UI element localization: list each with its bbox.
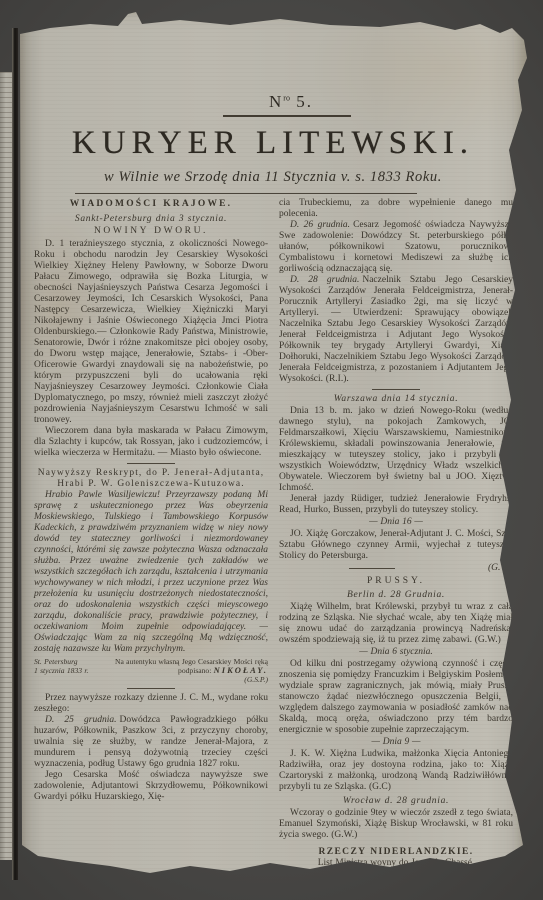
day-heading: — Dnia 9 — [279,737,513,748]
news-paragraph: D. 26 grudnia.Cesarz Jegomość oświadcza … [279,220,513,275]
divider-rule [349,568,395,569]
rescript-body: Hrabio Pawle Wasiljewiczu! Przeyrzawszy … [34,490,268,655]
source-credit: (G.W.) [488,563,513,574]
news-paragraph: JO. Xiążę Gorczakow, Jenerał-Adjutant J.… [279,529,513,562]
issue-rule [223,115,351,117]
signature-name: NIKOŁAY. [214,665,268,675]
issue-value: 5. [296,92,313,111]
left-column: WIADOMOŚCI KRAJOWE. Sankt-Petersburg dni… [34,198,268,900]
newspaper-page: Nro 5. KURYER LITEWSKI. w Wilnie we Srzo… [17,8,529,890]
news-paragraph: J. K. W. Xiężna Ludwika, małżonka Xięcia… [279,749,513,793]
divider-rule [127,463,175,464]
continued-paragraph: cia Trubeckiemu, za dobre wypełnienie da… [279,198,513,220]
dateline: Sankt-Petersburg dnia 3 stycznia. [34,214,268,225]
signature-place-date: St. Petersburg 1 stycznia 1833 r. [34,657,112,684]
signature-block: St. Petersburg 1 stycznia 1833 r. Na aut… [34,657,268,684]
news-paragraph: Wieczorem dana była maskarada w Pałacu Z… [34,426,268,459]
page-title: KURYER LITEWSKI. [17,125,529,162]
header-rule [75,193,417,194]
section-heading: RZECZY NIDERLANDZKIE. [279,847,513,858]
scan-background: Nro 5. KURYER LITEWSKI. w Wilnie we Srzo… [0,0,543,900]
signature-place: St. Petersburg [34,657,112,666]
masthead: Nro 5. KURYER LITEWSKI. w Wilnie we Srzo… [17,8,529,194]
columns: WIADOMOŚCI KRAJOWE. Sankt-Petersburg dni… [17,197,529,900]
issue-prefix: N [269,92,283,111]
right-column: cia Trubeckiemu, za dobre wypełnienie da… [279,198,513,900]
divider-rule [127,688,175,689]
divider-rule [372,389,420,390]
rescript-heading: Naywyższy Reskrypt, do P. Jenerał-Adjuta… [34,468,268,490]
dateline: Warszawa dnia 14 stycznia. [279,394,513,405]
day-heading: — Dnia 6 stycznia. [279,647,513,658]
signature-seal: (G.S.P.) [112,675,268,684]
news-paragraph: Od kilku dni postrzegamy ożywioną czynno… [279,659,513,736]
masthead-dateline: w Wilnie we Srzodę dnia 11 Stycznia v. s… [17,169,529,186]
order-date: D. 28 grudnia. [290,275,359,285]
dateline: Wrocław d. 28 grudnia. [279,796,513,807]
binding-fold [12,28,18,880]
day-heading: — Dnia 16 — [279,517,513,528]
article-subheading: List Ministra woyny do Jenerała Chassé. [279,858,513,869]
issue-number: Nro 5. [53,92,529,112]
news-paragraph: Wczoray rano odebrałem depeszę JW. Pana … [279,884,513,900]
news-paragraph: Jego Cesarska Mość oświadcza naywyższe s… [34,770,268,803]
news-paragraph: D. 25 grudnia.Dowódzca Pawłogradzkiego p… [34,715,268,770]
section-heading: PRUSSY. [279,576,513,587]
news-paragraph: Wczoray o godzinie 9tey w wieczór zszedł… [279,808,513,841]
dateline: Haga d. 26 grudnia. [279,872,513,883]
news-paragraph: Xiążę Wilhelm, brat Królewski, przybył t… [279,602,513,646]
order-text: Naczelnik Sztabu Jego Cesarskiey Wysokoś… [279,275,513,384]
news-paragraph: D. 1 teraźnieyszego stycznia, z okoliczn… [34,239,268,426]
news-paragraph: D. 28 grudnia.Naczelnik Sztabu Jego Cesa… [279,275,513,385]
subsection-heading: NOWINY DWORU. [34,226,268,237]
order-date: D. 26 grudnia. [290,220,350,230]
issue-superscript: ro [283,93,290,102]
order-date: D. 25 grudnia. [45,715,117,725]
dateline: Berlin d. 28 Grudnia. [279,590,513,601]
orders-intro: Przez naywyższe rozkazy dzienne J. C. M.… [34,693,268,715]
credit-line: (G.W.) [279,563,513,574]
section-heading: WIADOMOŚCI KRAJOWE. [34,199,268,210]
signature-date: 1 stycznia 1833 r. [34,666,112,675]
news-paragraph: Jenerał jazdy Rüdiger, tudzież Jenerałow… [279,494,513,516]
signature-right: Na autentyku własną Jego Cesarskiey Mośc… [112,657,268,684]
news-paragraph: Dnia 13 b. m. jako w dzień Nowego-Roku (… [279,406,513,494]
